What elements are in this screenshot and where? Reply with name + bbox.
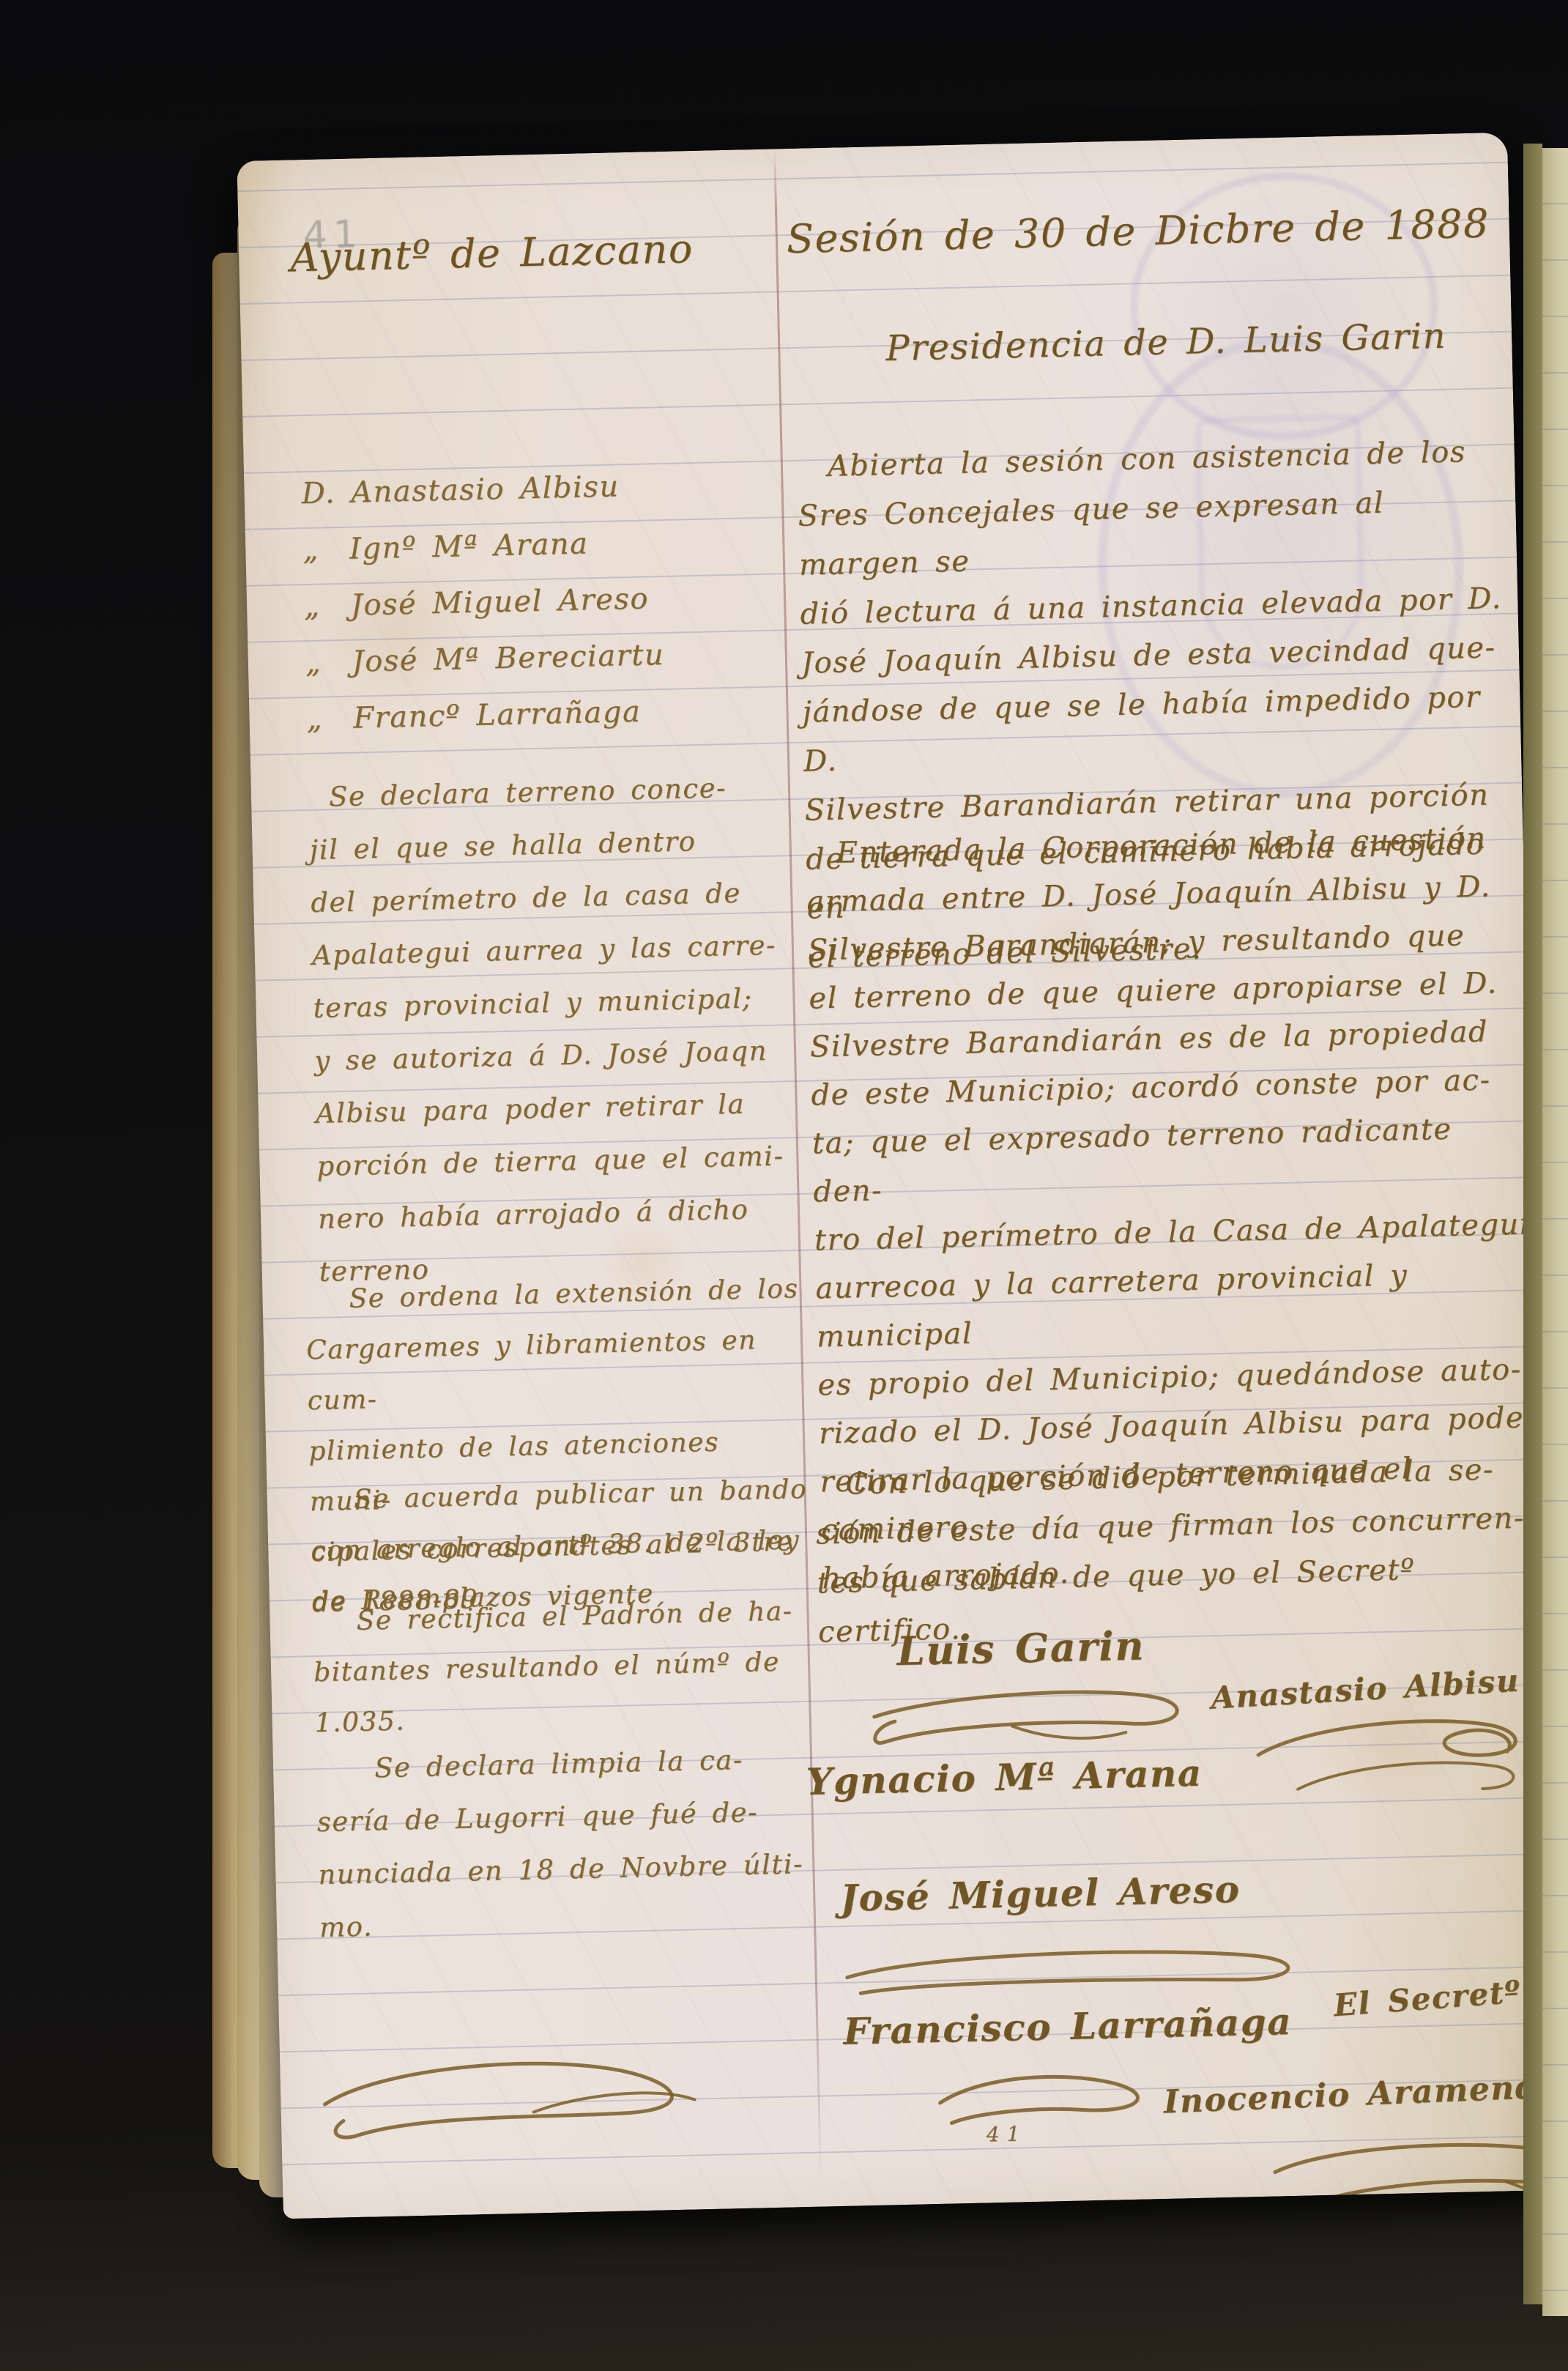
signature-areso: José Miguel Areso [840,1868,1241,1920]
signature-rubric-president [865,1677,1196,1754]
signature-president: Luis Garin [896,1622,1145,1674]
signature-rubric-larranaga [929,2061,1179,2129]
margin-note-terreno: Se declara terreno conce- jil el que se … [308,760,799,1299]
adjacent-page-edge [1542,148,1568,2316]
signature-arana: Ygnacio Mª Arana [806,1751,1203,1803]
archive-photo-background: 41 Ayuntº de Lazcano Sesión de 30 de Dic… [0,0,1568,2371]
signature-rubric-areso [838,1937,1323,2003]
margin-note-caserio: Se declara limpia la ca- sería de Lugorr… [315,1732,817,1954]
margin-rubric-flourish [313,2041,710,2152]
signature-rubric-secretary [1263,2125,1554,2219]
minutes-closing-paragraph: Con lo que se dió por terminada la se- s… [814,1444,1547,1658]
ink-page-number: 41 [986,2121,1027,2146]
margin-note-padron: Se rectifica el Padrón de ha- bitantes r… [312,1586,814,1748]
attendee-list: D. Anastasio Albisu „ Ignº Mª Arana „ Jo… [301,456,769,748]
signature-rubric-arana [1291,1748,1527,1804]
manuscript-page: 41 Ayuntº de Lazcano Sesión de 30 de Dic… [237,133,1553,2219]
gutter-shadow [1523,144,1542,2304]
